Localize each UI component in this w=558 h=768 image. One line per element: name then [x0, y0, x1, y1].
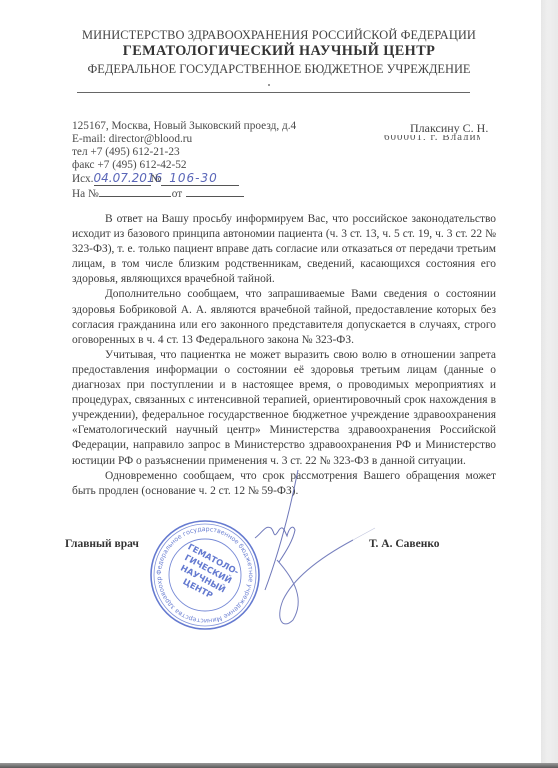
reply-from-label: от — [172, 188, 182, 200]
letterhead-center: ГЕМАТОЛОГИЧЕСКИЙ НАУЧНЫЙ ЦЕНТР — [0, 43, 558, 60]
signer-position: Главный врач — [65, 538, 139, 550]
reply-to-number-blank — [99, 185, 171, 197]
speck — [268, 84, 270, 86]
reply-to-label: На № — [72, 188, 99, 200]
letterhead-institution: ФЕДЕРАЛЬНОЕ ГОСУДАРСТВЕННОЕ БЮДЖЕТНОЕ УЧ… — [0, 62, 558, 77]
sender-email: E-mail: director@blood.ru — [72, 133, 192, 145]
outgoing-number: 106-30 — [161, 171, 239, 186]
sender-fax: факс +7 (495) 612-42-52 — [72, 159, 187, 171]
paragraph: Дополнительно сообщаем, что запрашиваемы… — [72, 287, 496, 347]
number-sign: № — [151, 173, 162, 185]
sender-phone: тел +7 (495) 612-21-23 — [72, 146, 180, 158]
recipient-address-cropped: 600001, г. Владимир — [384, 135, 480, 140]
letter-body: В ответ на Вашу просьбу информируем Вас,… — [72, 212, 496, 499]
handwritten-signature-icon — [235, 470, 455, 630]
outgoing-date: 04.07.2016 — [94, 171, 151, 186]
reply-from-date-blank — [186, 185, 244, 197]
recipient-name: Плаксину С. Н. — [410, 121, 488, 136]
scan-edge-right — [541, 0, 558, 768]
paragraph: В ответ на Вашу просьбу информируем Вас,… — [72, 212, 496, 287]
sender-address: 125167, Москва, Новый Зыковский проезд, … — [72, 120, 296, 132]
letterhead-ministry: МИНИСТЕРСТВО ЗДРАВООХРАНЕНИЯ РОССИЙСКОЙ … — [0, 28, 558, 43]
scan-edge-bottom — [0, 763, 558, 768]
paragraph: Учитывая, что пациентка не может выразит… — [72, 348, 496, 469]
document-page: МИНИСТЕРСТВО ЗДРАВООХРАНЕНИЯ РОССИЙСКОЙ … — [0, 0, 541, 763]
reply-to-line: На №от — [72, 185, 244, 200]
outgoing-label: Исх. — [72, 173, 94, 185]
letterhead-divider — [77, 92, 470, 93]
outgoing-line: Исх.04.07.2016№106-30 — [72, 171, 239, 186]
